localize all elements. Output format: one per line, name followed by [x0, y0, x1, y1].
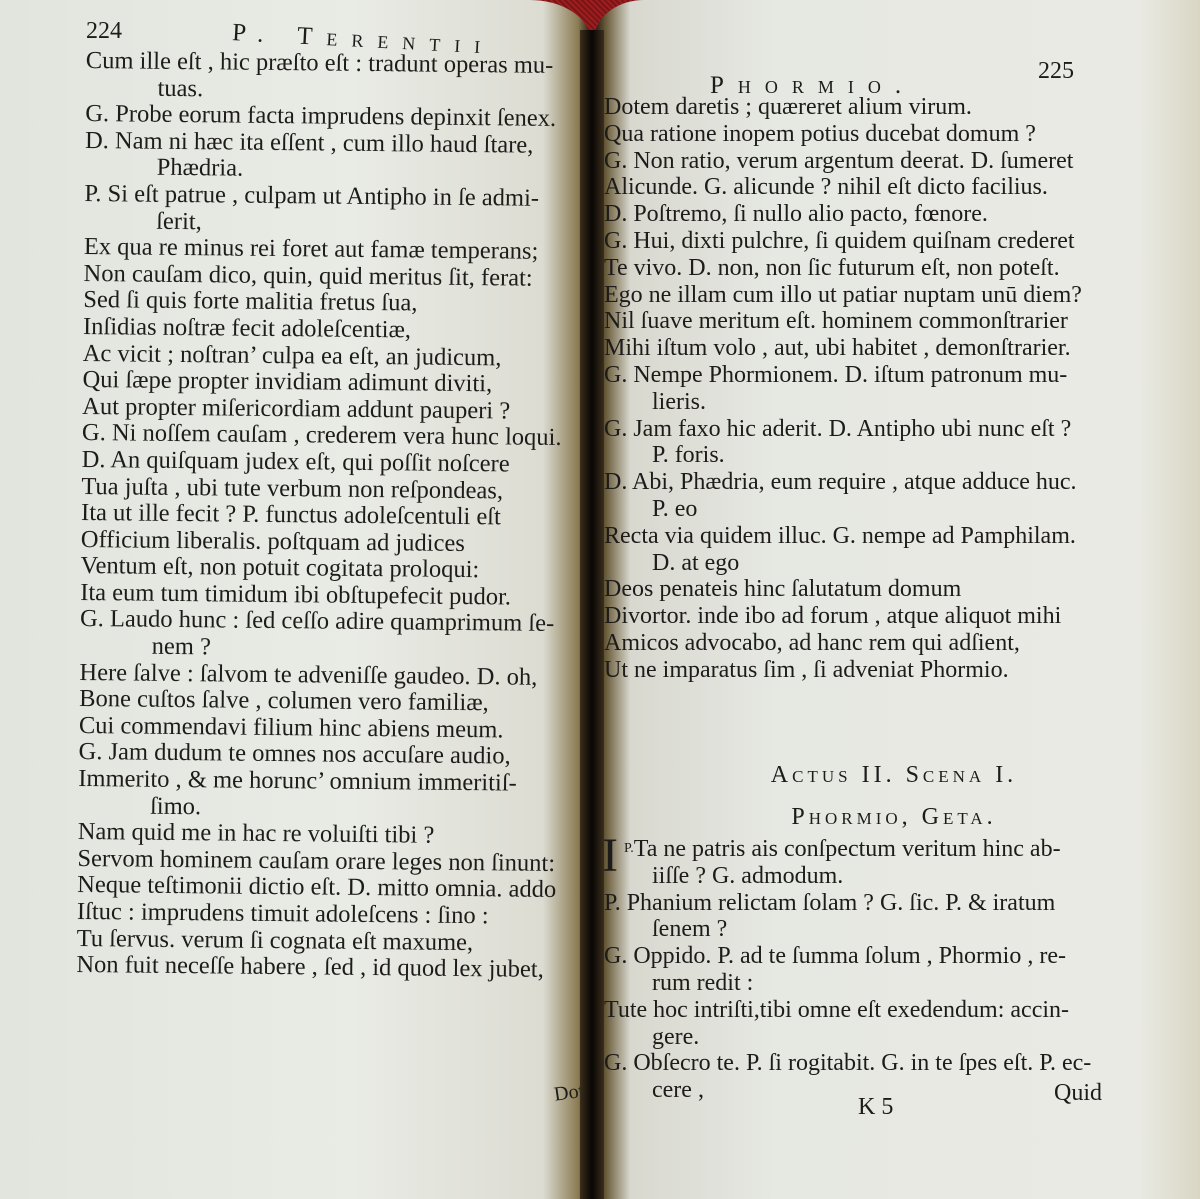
right-page-text-lower: P.ITa ne patris ais conſpectum veritum h…	[604, 836, 1164, 1104]
right-page-text-upper: Dotem daretis ; quæreret alium virum.Qua…	[604, 94, 1164, 684]
text-line: ſenem ?	[604, 916, 1164, 943]
left-page-text: Cum ille eſt , hic præſto eſt : tradunt …	[76, 48, 565, 984]
characters-heading: Phormio, Geta.	[594, 804, 1194, 831]
text-line: D. Abi, Phædria, eum require , atque add…	[604, 469, 1164, 496]
book-gutter	[580, 30, 604, 1199]
text-line: G. Obſecro te. P. ſi rogitabit. G. in te…	[604, 1050, 1164, 1077]
text-line: rum redit :	[604, 970, 1164, 997]
text-line: Ut ne imparatus ſim , ſi adveniat Phormi…	[604, 657, 1164, 684]
text-line: G. Oppido. P. ad te ſumma ſolum , Phormi…	[604, 943, 1164, 970]
page-number-left: 224	[86, 18, 122, 45]
text-line: Recta via quidem illuc. G. nempe ad Pamp…	[604, 523, 1164, 550]
text-line: Tute hoc intriſti,tibi omne eſt exedendu…	[604, 997, 1164, 1024]
text-line: Mihi iſtum volo , aut, ubi habitet , dem…	[604, 335, 1164, 362]
text-line: Alicunde. G. alicunde ? nihil eſt dicto …	[604, 174, 1164, 201]
text-line: D. at ego	[604, 550, 1164, 577]
text-line: D. Poſtremo, ſi nullo alio pacto, fœnore…	[604, 201, 1164, 228]
signature-mark: K 5	[858, 1094, 893, 1121]
text-line: P. foris.	[604, 442, 1164, 469]
dropcap-line: P.ITa ne patris ais conſpectum veritum h…	[604, 836, 1164, 863]
text-line: P. Phanium relictam ſolam ? G. ſic. P. &…	[604, 890, 1164, 917]
text-line: P. eo	[604, 496, 1164, 523]
left-page: 224 P. Terentii Cum ille eſt , hic præſt…	[0, 0, 590, 1199]
text-line: Nil ſuave meritum eſt. hominem commonſtr…	[604, 308, 1164, 335]
text-line: G. Hui, dixti pulchre, ſi quidem quiſnam…	[604, 228, 1164, 255]
text-line: iiſſe ? G. admodum.	[604, 863, 1164, 890]
catchword-right: Quid	[1054, 1080, 1102, 1107]
text-line: Non fuit neceſſe habere , ſed , id quod …	[76, 952, 556, 984]
text-line: Deos penateis hinc ſalutatum domum	[604, 576, 1164, 603]
text-line: Divortor. inde ibo ad forum , atque aliq…	[604, 603, 1164, 630]
dropcap-speaker: P.	[624, 841, 634, 856]
text-line: G. Nempe Phormionem. D. iſtum patronum m…	[604, 362, 1164, 389]
text-line: G. Non ratio, verum argentum deerat. D. …	[604, 148, 1164, 175]
scene-heading: Actus II. Scena I.	[594, 762, 1194, 789]
text-line: Qua ratione inopem potius ducebat domum …	[604, 121, 1164, 148]
text-line: lieris.	[604, 389, 1164, 416]
dropcap-letter: I	[602, 836, 618, 876]
text-line: G. Jam faxo hic aderit. D. Antipho ubi n…	[604, 416, 1164, 443]
text-line: Dotem daretis ; quæreret alium virum.	[604, 94, 1164, 121]
text-line: Amicos advocabo, ad hanc rem qui adſient…	[604, 630, 1164, 657]
dropcap-line-text: Ta ne patris ais conſpectum veritum hinc…	[634, 836, 1061, 862]
text-line: Te vivo. D. non, non ſic futurum eſt, no…	[604, 255, 1164, 282]
text-line: Ego ne illam cum illo ut patiar nuptam u…	[604, 282, 1164, 309]
text-line: gere.	[604, 1024, 1164, 1051]
page-number-right: 225	[1038, 58, 1074, 85]
right-page: Phormio. 225 Dotem daretis ; quæreret al…	[594, 0, 1200, 1199]
